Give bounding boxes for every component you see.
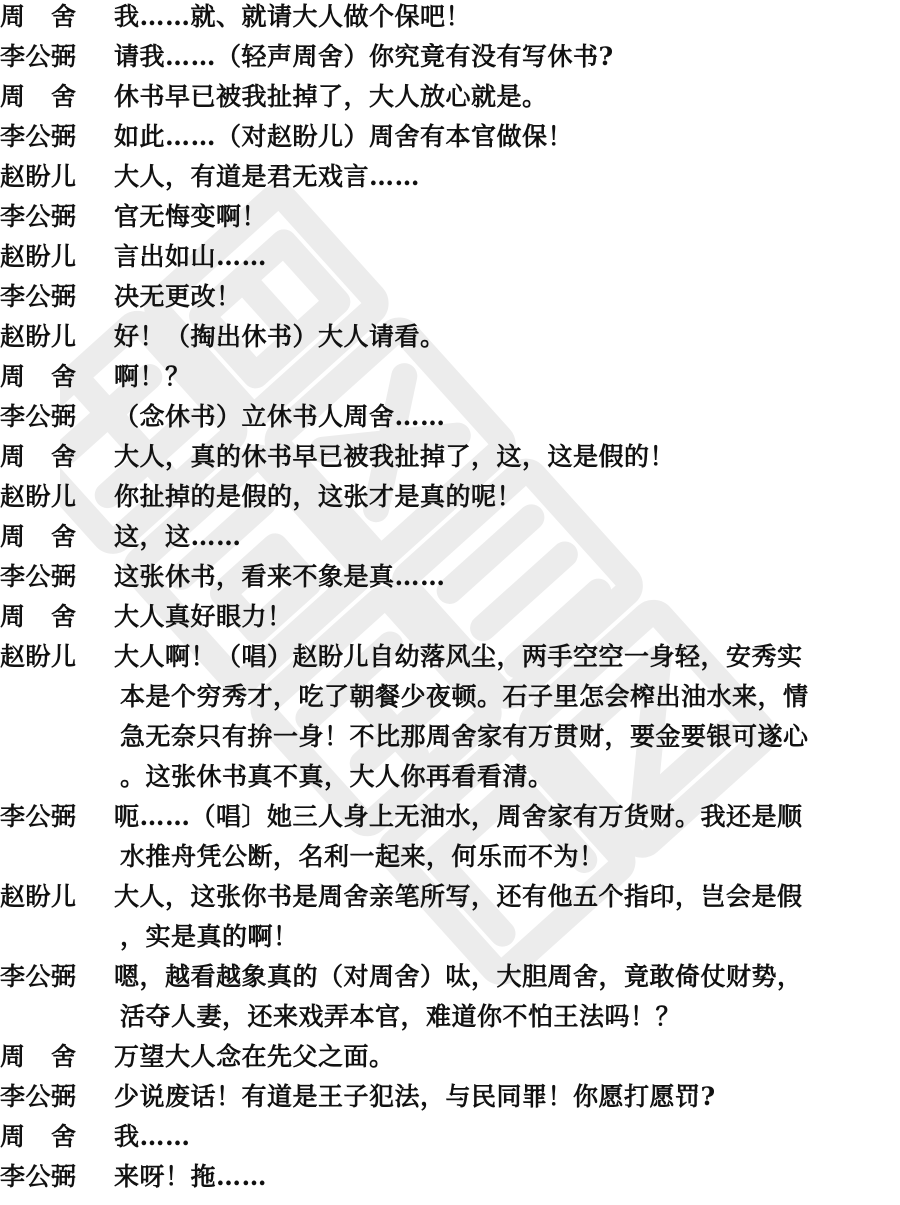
- dialogue-line: 周 舍我……: [0, 1117, 900, 1157]
- speaker-name: 周 舍: [0, 597, 114, 637]
- dialogue-line: 李公弼官无悔变啊！: [0, 197, 900, 237]
- speaker-name: 周 舍: [0, 437, 114, 477]
- play-script: 周 舍我……就、就请大人做个保吧！李公弼请我……（轻声周舍）你究竟有没有写休书?…: [0, 0, 900, 1197]
- speaker-name: 李公弼: [0, 197, 114, 237]
- speaker-name: 周 舍: [0, 1037, 114, 1077]
- speech-line: 言出如山……: [114, 237, 876, 277]
- dialogue-line: 赵盼儿大人，这张你书是周舍亲笔所写，还有他五个指印，岂会是假，实是真的啊！: [0, 877, 900, 957]
- speaker-name: 周 舍: [0, 1117, 114, 1157]
- speech-line: 请我……（轻声周舍）你究竟有没有写休书?: [114, 37, 876, 77]
- dialogue-line: 李公弼少说废话！有道是王子犯法，与民同罪！你愿打愿罚?: [0, 1077, 900, 1117]
- speaker-name: 李公弼: [0, 1077, 114, 1117]
- speaker-name: 李公弼: [0, 117, 114, 157]
- dialogue-line: 赵盼儿大人啊！（唱）赵盼儿自幼落风尘，两手空空一身轻，安秀实本是个穷秀才，吃了朝…: [0, 637, 900, 797]
- dialogue-line: 李公弼如此……（对赵盼儿）周舍有本官做保！: [0, 117, 900, 157]
- speech-continuation: 活夺人妻，还来戏弄本官，难道你不怕王法吗！？: [114, 997, 876, 1037]
- dialogue-line: 周 舍大人真好眼力！: [0, 597, 900, 637]
- dialogue-line: 李公弼嗯，越看越象真的（对周舍）呔，大胆周舍，竟敢倚仗财势，活夺人妻，还来戏弄本…: [0, 957, 900, 1037]
- speech-line: 好！（掏出休书）大人请看。: [114, 317, 876, 357]
- speech-line: 大人，真的休书早已被我扯掉了，这，这是假的！: [114, 437, 876, 477]
- speech-text: 万望大人念在先父之面。: [114, 1037, 900, 1077]
- speaker-name: 周 舍: [0, 77, 114, 117]
- speech-text: 啊！？: [114, 357, 900, 397]
- speech-line: 决无更改！: [114, 277, 876, 317]
- speaker-name: 李公弼: [0, 397, 114, 437]
- dialogue-line: 赵盼儿好！（掏出休书）大人请看。: [0, 317, 900, 357]
- speaker-name: 赵盼儿: [0, 477, 114, 517]
- dialogue-line: 李公弼（念休书）立休书人周舍……: [0, 397, 900, 437]
- speech-line: 这，这……: [114, 517, 876, 557]
- dialogue-line: 周 舍大人，真的休书早已被我扯掉了，这，这是假的！: [0, 437, 900, 477]
- speech-line: 少说废话！有道是王子犯法，与民同罪！你愿打愿罚?: [114, 1077, 876, 1117]
- speech-text: 大人啊！（唱）赵盼儿自幼落风尘，两手空空一身轻，安秀实本是个穷秀才，吃了朝餐少夜…: [114, 637, 900, 797]
- speech-line: 这张休书，看来不象是真……: [114, 557, 876, 597]
- speech-text: 嗯，越看越象真的（对周舍）呔，大胆周舍，竟敢倚仗财势，活夺人妻，还来戏弄本官，难…: [114, 957, 900, 1037]
- speech-text: 我……就、就请大人做个保吧！: [114, 0, 900, 37]
- speech-text: 大人，这张你书是周舍亲笔所写，还有他五个指印，岂会是假，实是真的啊！: [114, 877, 900, 957]
- speech-line: 大人啊！（唱）赵盼儿自幼落风尘，两手空空一身轻，安秀实: [114, 637, 876, 677]
- speech-line: 你扯掉的是假的，这张才是真的呢！: [114, 477, 876, 517]
- speech-text: 这张休书，看来不象是真……: [114, 557, 900, 597]
- speech-text: 好！（掏出休书）大人请看。: [114, 317, 900, 357]
- speech-continuation: 本是个穷秀才，吃了朝餐少夜顿。石子里怎会榨出油水来，情: [114, 677, 876, 717]
- speech-line: 万望大人念在先父之面。: [114, 1037, 876, 1077]
- dialogue-line: 周 舍啊！？: [0, 357, 900, 397]
- speech-line: 休书早已被我扯掉了，大人放心就是。: [114, 77, 876, 117]
- speaker-name: 李公弼: [0, 557, 114, 597]
- speech-text: 大人，真的休书早已被我扯掉了，这，这是假的！: [114, 437, 900, 477]
- speech-continuation: ，实是真的啊！: [114, 917, 876, 957]
- speech-line: 大人真好眼力！: [114, 597, 876, 637]
- speaker-name: 李公弼: [0, 957, 114, 997]
- dialogue-line: 李公弼这张休书，看来不象是真……: [0, 557, 900, 597]
- dialogue-line: 赵盼儿言出如山……: [0, 237, 900, 277]
- speaker-name: 周 舍: [0, 517, 114, 557]
- dialogue-line: 周 舍万望大人念在先父之面。: [0, 1037, 900, 1077]
- dialogue-line: 赵盼儿大人，有道是君无戏言……: [0, 157, 900, 197]
- speech-line: 我……: [114, 1117, 876, 1157]
- speech-line: 来呀！拖……: [114, 1157, 876, 1197]
- speech-continuation: 。这张休书真不真，大人你再看看清。: [114, 757, 876, 797]
- speech-line: 嗯，越看越象真的（对周舍）呔，大胆周舍，竟敢倚仗财势，: [114, 957, 876, 997]
- speech-line: 啊！？: [114, 357, 876, 397]
- dialogue-line: 周 舍休书早已被我扯掉了，大人放心就是。: [0, 77, 900, 117]
- speech-continuation: 急无奈只有拚一身！不比那周舍家有万贯财，要金要银可遂心: [114, 717, 876, 757]
- speech-text: 来呀！拖……: [114, 1157, 900, 1197]
- speech-text: 少说废话！有道是王子犯法，与民同罪！你愿打愿罚?: [114, 1077, 900, 1117]
- speech-text: 你扯掉的是假的，这张才是真的呢！: [114, 477, 900, 517]
- speech-text: 我……: [114, 1117, 900, 1157]
- dialogue-line: 赵盼儿你扯掉的是假的，这张才是真的呢！: [0, 477, 900, 517]
- speech-text: 言出如山……: [114, 237, 900, 277]
- speech-text: 休书早已被我扯掉了，大人放心就是。: [114, 77, 900, 117]
- speech-text: 这，这……: [114, 517, 900, 557]
- dialogue-line: 李公弼来呀！拖……: [0, 1157, 900, 1197]
- speaker-name: 赵盼儿: [0, 317, 114, 357]
- speech-text: 官无悔变啊！: [114, 197, 900, 237]
- dialogue-line: 李公弼呃……（唱〕她三人身上无油水，周舍家有万货财。我还是顺水推舟凭公断，名利一…: [0, 797, 900, 877]
- speaker-name: 李公弼: [0, 277, 114, 317]
- speech-line: 如此……（对赵盼儿）周舍有本官做保！: [114, 117, 876, 157]
- speech-line: 大人，这张你书是周舍亲笔所写，还有他五个指印，岂会是假: [114, 877, 876, 917]
- dialogue-line: 李公弼决无更改！: [0, 277, 900, 317]
- speaker-name: 李公弼: [0, 1157, 114, 1197]
- speech-line: 我……就、就请大人做个保吧！: [114, 0, 876, 37]
- speaker-name: 赵盼儿: [0, 637, 114, 677]
- speech-text: 如此……（对赵盼儿）周舍有本官做保！: [114, 117, 900, 157]
- speech-text: 大人，有道是君无戏言……: [114, 157, 900, 197]
- speaker-name: 赵盼儿: [0, 877, 114, 917]
- speech-text: 呃……（唱〕她三人身上无油水，周舍家有万货财。我还是顺水推舟凭公断，名利一起来，…: [114, 797, 900, 877]
- speaker-name: 赵盼儿: [0, 237, 114, 277]
- speech-text: 大人真好眼力！: [114, 597, 900, 637]
- speech-line: 大人，有道是君无戏言……: [114, 157, 876, 197]
- speech-line: （念休书）立休书人周舍……: [114, 397, 876, 437]
- speech-text: 请我……（轻声周舍）你究竟有没有写休书?: [114, 37, 900, 77]
- speech-line: 官无悔变啊！: [114, 197, 876, 237]
- speech-continuation: 水推舟凭公断，名利一起来，何乐而不为！: [114, 837, 876, 877]
- speech-text: 决无更改！: [114, 277, 900, 317]
- speaker-name: 赵盼儿: [0, 157, 114, 197]
- dialogue-line: 周 舍这，这……: [0, 517, 900, 557]
- speaker-name: 周 舍: [0, 357, 114, 397]
- dialogue-line: 李公弼请我……（轻声周舍）你究竟有没有写休书?: [0, 37, 900, 77]
- speech-text: （念休书）立休书人周舍……: [114, 397, 900, 437]
- dialogue-line: 周 舍我……就、就请大人做个保吧！: [0, 0, 900, 37]
- speaker-name: 李公弼: [0, 797, 114, 837]
- speech-line: 呃……（唱〕她三人身上无油水，周舍家有万货财。我还是顺: [114, 797, 876, 837]
- speaker-name: 李公弼: [0, 37, 114, 77]
- speaker-name: 周 舍: [0, 0, 114, 37]
